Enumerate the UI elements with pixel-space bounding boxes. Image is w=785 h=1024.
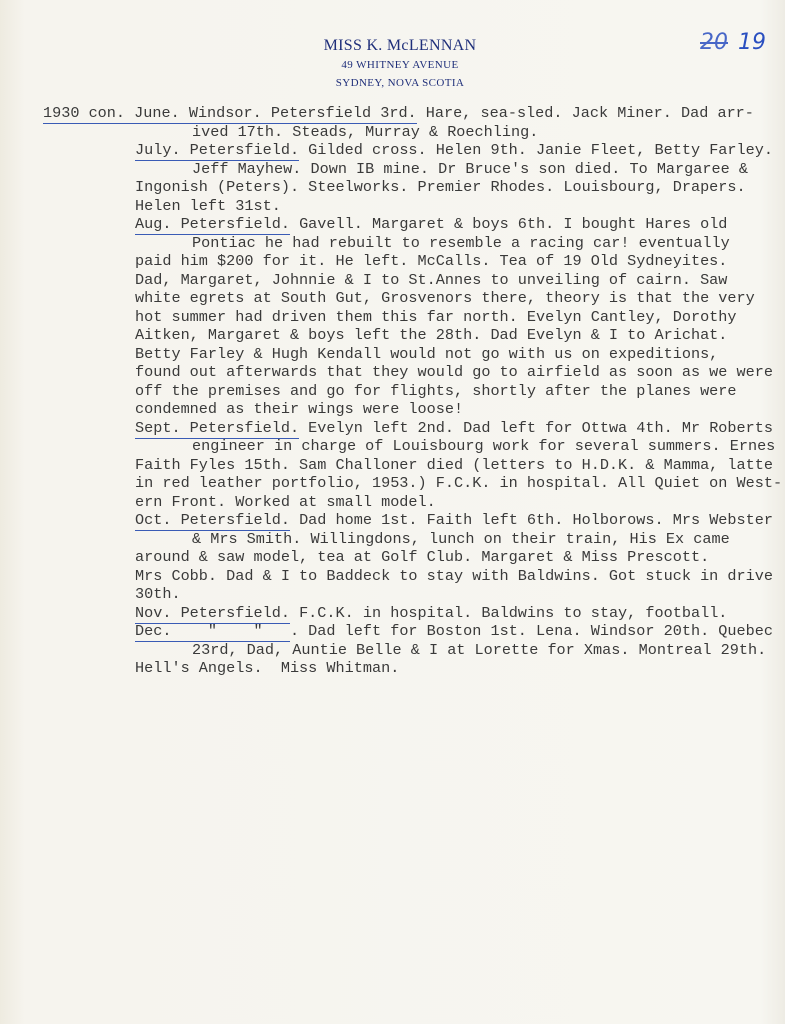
diary-text: Hare, sea-sled. Jack Miner. Dad arr- xyxy=(417,104,754,122)
diary-text: Betty Farley & Hugh Kendall would not go… xyxy=(135,345,718,363)
diary-text: 23rd, Dad, Auntie Belle & I at Lorette f… xyxy=(192,641,766,659)
letterhead-address: 49 WHITNEY AVENUE xyxy=(260,56,540,74)
diary-text: Mrs Cobb. Dad & I to Baddeck to stay wit… xyxy=(135,567,773,585)
diary-line: Dad, Margaret, Johnnie & I to St.Annes t… xyxy=(135,271,727,289)
diary-line: off the premises and go for flights, sho… xyxy=(135,382,737,400)
diary-text: Gavell. Margaret & boys 6th. I bought Ha… xyxy=(290,215,727,233)
diary-line: ived 17th. Steads, Murray & Roechling. xyxy=(192,123,538,141)
struck-page-number: 20 xyxy=(700,30,728,55)
diary-line: Pontiac he had rebuilt to resemble a rac… xyxy=(192,234,730,252)
diary-line: Mrs Cobb. Dad & I to Baddeck to stay wit… xyxy=(135,567,773,585)
diary-text: ern Front. Worked at small model. xyxy=(135,493,436,511)
diary-line: Oct. Petersfield. Dad home 1st. Faith le… xyxy=(135,511,773,529)
month-heading: 1930 con. June. Windsor. Petersfield 3rd… xyxy=(43,104,417,124)
diary-text: Helen left 31st. xyxy=(135,197,281,215)
diary-text: ived 17th. Steads, Murray & Roechling. xyxy=(192,123,538,141)
diary-line: 1930 con. June. Windsor. Petersfield 3rd… xyxy=(43,104,754,122)
diary-text: Evelyn left 2nd. Dad left for Ottwa 4th.… xyxy=(299,419,773,437)
handwritten-page-number: 2019 xyxy=(700,30,766,55)
diary-text: Pontiac he had rebuilt to resemble a rac… xyxy=(192,234,730,252)
diary-line: Jeff Mayhew. Down IB mine. Dr Bruce's so… xyxy=(192,160,748,178)
diary-text: Aitken, Margaret & boys left the 28th. D… xyxy=(135,326,727,344)
diary-line: found out afterwards that they would go … xyxy=(135,363,773,381)
diary-line: & Mrs Smith. Willingdons, lunch on their… xyxy=(192,530,730,548)
diary-text: paid him $200 for it. He left. McCalls. … xyxy=(135,252,727,270)
diary-text: Gilded cross. Helen 9th. Janie Fleet, Be… xyxy=(299,141,773,159)
diary-line: ern Front. Worked at small model. xyxy=(135,493,436,511)
month-heading: Sept. Petersfield. xyxy=(135,419,299,439)
diary-text: found out afterwards that they would go … xyxy=(135,363,773,381)
diary-text: Faith Fyles 15th. Sam Challoner died (le… xyxy=(135,456,773,474)
diary-line: white egrets at South Gut, Grosvenors th… xyxy=(135,289,755,307)
diary-line: Aug. Petersfield. Gavell. Margaret & boy… xyxy=(135,215,727,233)
diary-text: Hell's Angels. Miss Whitman. xyxy=(135,659,399,677)
diary-line: paid him $200 for it. He left. McCalls. … xyxy=(135,252,727,270)
diary-line: around & saw model, tea at Golf Club. Ma… xyxy=(135,548,709,566)
diary-line: Dec. " " . Dad left for Boston 1st. Lena… xyxy=(135,622,773,640)
diary-line: 30th. xyxy=(135,585,181,603)
diary-line: 23rd, Dad, Auntie Belle & I at Lorette f… xyxy=(192,641,766,659)
diary-text: engineer in charge of Louisbourg work fo… xyxy=(192,437,775,455)
diary-line: Sept. Petersfield. Evelyn left 2nd. Dad … xyxy=(135,419,773,437)
diary-line: Nov. Petersfield. F.C.K. in hospital. Ba… xyxy=(135,604,727,622)
current-page-number: 19 xyxy=(738,30,766,55)
diary-text: 30th. xyxy=(135,585,181,603)
month-heading: Nov. Petersfield. xyxy=(135,604,290,624)
diary-line: Faith Fyles 15th. Sam Challoner died (le… xyxy=(135,456,773,474)
diary-text: Dad home 1st. Faith left 6th. Holborows.… xyxy=(290,511,773,529)
diary-text: condemned as their wings were loose! xyxy=(135,400,463,418)
diary-line: condemned as their wings were loose! xyxy=(135,400,463,418)
diary-text: & Mrs Smith. Willingdons, lunch on their… xyxy=(192,530,730,548)
diary-text: around & saw model, tea at Golf Club. Ma… xyxy=(135,548,709,566)
diary-text: Ingonish (Peters). Steelworks. Premier R… xyxy=(135,178,746,196)
diary-line: Helen left 31st. xyxy=(135,197,281,215)
diary-text: in red leather portfolio, 1953.) F.C.K. … xyxy=(135,474,782,492)
diary-line: in red leather portfolio, 1953.) F.C.K. … xyxy=(135,474,782,492)
diary-text: Jeff Mayhew. Down IB mine. Dr Bruce's so… xyxy=(192,160,748,178)
document-page: MISS K. McLENNAN 49 WHITNEY AVENUE SYDNE… xyxy=(0,0,785,1024)
diary-line: hot summer had driven them this far nort… xyxy=(135,308,737,326)
diary-line: Ingonish (Peters). Steelworks. Premier R… xyxy=(135,178,746,196)
diary-text: Dad, Margaret, Johnnie & I to St.Annes t… xyxy=(135,271,727,289)
diary-line: Aitken, Margaret & boys left the 28th. D… xyxy=(135,326,727,344)
diary-text: white egrets at South Gut, Grosvenors th… xyxy=(135,289,755,307)
diary-line: Betty Farley & Hugh Kendall would not go… xyxy=(135,345,718,363)
month-heading: Oct. Petersfield. xyxy=(135,511,290,531)
letterhead: MISS K. McLENNAN 49 WHITNEY AVENUE SYDNE… xyxy=(260,36,540,92)
diary-line: July. Petersfield. Gilded cross. Helen 9… xyxy=(135,141,773,159)
letterhead-name: MISS K. McLENNAN xyxy=(260,36,540,56)
month-heading: Aug. Petersfield. xyxy=(135,215,290,235)
month-heading: Dec. " " xyxy=(135,622,290,642)
letterhead-city: SYDNEY, NOVA SCOTIA xyxy=(260,74,540,92)
diary-line: engineer in charge of Louisbourg work fo… xyxy=(192,437,775,455)
month-heading: July. Petersfield. xyxy=(135,141,299,161)
diary-text: F.C.K. in hospital. Baldwins to stay, fo… xyxy=(290,604,727,622)
diary-text: hot summer had driven them this far nort… xyxy=(135,308,737,326)
diary-text: off the premises and go for flights, sho… xyxy=(135,382,737,400)
diary-line: Hell's Angels. Miss Whitman. xyxy=(135,659,399,677)
diary-text: . Dad left for Boston 1st. Lena. Windsor… xyxy=(290,622,773,640)
